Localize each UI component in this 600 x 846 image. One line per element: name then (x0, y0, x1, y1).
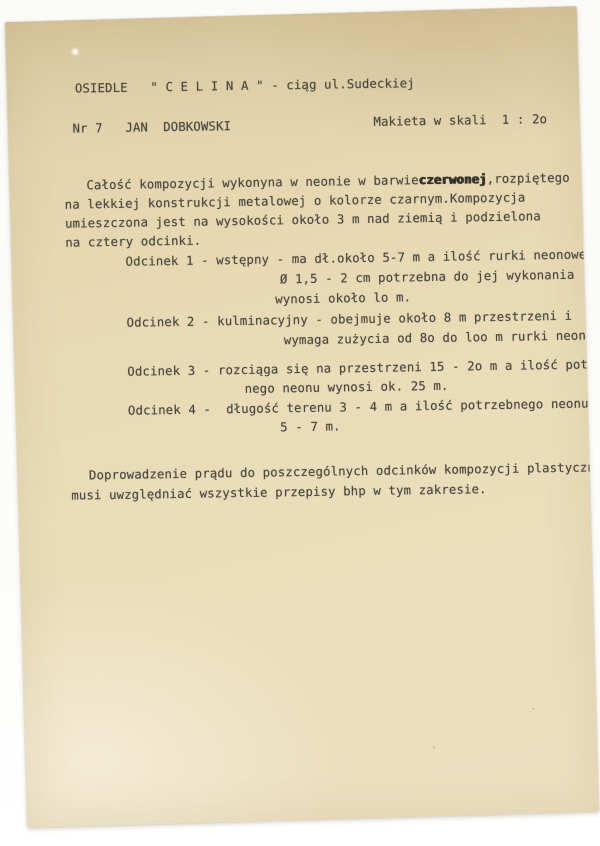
section-2-line-1: Odcinek 2 - kulminacyjny - obejmuje okoł… (126, 309, 572, 330)
footer-line-1: Doprowadzenie prądu do poszczególnych od… (89, 460, 599, 482)
document-number-author: Nr 7 JAN DOBKOWSKI (72, 119, 231, 135)
section-4-line-1: Odcinek 4 - długość terenu 3 - 4 m a ilo… (128, 397, 589, 418)
intro-line-1-pre: Całość kompozycji wykonyna w neonie w ba… (86, 173, 419, 192)
section-2-line-2: wymaga zużycia od 8o do loo m rurki neon… (284, 328, 599, 347)
intro-line-1-post: ,rozpiętego (487, 171, 570, 186)
section-4-line-2: 5 - 7 m. (280, 419, 341, 434)
section-3-line-2: nego neonu wynosi ok. 25 m. (245, 379, 449, 396)
footer-line-2: musi uwzględniać wszystkie przepisy bhp … (71, 482, 487, 503)
section-1-line-3: wynosi około lo m. (275, 290, 411, 306)
document-paper: OSIEDLE " C E L I N A " - ciąg ul.Sudeck… (5, 6, 599, 828)
intro-line-4: na cztery odcinki. (65, 234, 201, 250)
intro-line-1: Całość kompozycji wykonyna w neonie w ba… (86, 171, 570, 193)
intro-line-3: umieszczona jest na wysokości około 3 m … (65, 209, 541, 230)
intro-line-2: na lekkiej konstrukcji metalowej o kolor… (65, 190, 526, 211)
document-title: OSIEDLE " C E L I N A " - ciąg ul.Sudeck… (75, 76, 415, 95)
scan-background: OSIEDLE " C E L I N A " - ciąg ul.Sudeck… (0, 0, 600, 846)
document-content: OSIEDLE " C E L I N A " - ciąg ul.Sudeck… (5, 10, 590, 825)
section-1-line-1: Odcinek 1 - wstępny - ma dł.około 5-7 m … (126, 247, 594, 268)
intro-line-1-overtyped-word: czerwonej (419, 172, 487, 187)
section-3-line-1: Odcinek 3 - rozciąga się na przestrzeni … (127, 357, 599, 379)
section-1-line-2: Ø 1,5 - 2 cm potrzebna do jej wykonania (280, 268, 575, 287)
scale-note: Makieta w skali 1 : 2o (373, 112, 547, 129)
